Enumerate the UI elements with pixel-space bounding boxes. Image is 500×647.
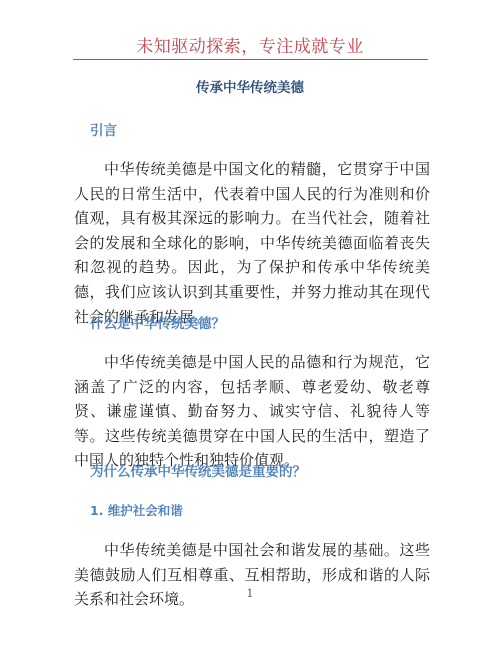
header-divider	[73, 59, 428, 60]
document-page: 未知驱动探索，专注成就专业 传承中华传统美德 引言 中华传统美德是中国文化的精髓…	[0, 0, 500, 647]
document-title: 传承中华传统美德	[0, 78, 500, 98]
section-heading-introduction: 引言	[90, 121, 117, 141]
page-number: 1	[0, 587, 500, 600]
paragraph-what-is: 中华传统美德是中国人民的品德和行为规范，它涵盖了广泛的内容，包括孝顺、尊老爱幼、…	[74, 350, 430, 473]
section-heading-what-is: 什么是中华传统美德？	[90, 314, 225, 334]
subheading-social-harmony: 1. 维护社会和谐	[90, 501, 183, 521]
paragraph-social-harmony: 中华传统美德是中国社会和谐发展的基础。这些美德鼓励人们互相尊重、互相帮助，形成和…	[74, 538, 430, 612]
paragraph-introduction: 中华传统美德是中国文化的精髓，它贯穿于中国人民的日常生活中，代表着中国人民的行为…	[74, 157, 430, 329]
section-heading-why-important: 为什么传承中华传统美德是重要的？	[90, 462, 306, 482]
page-header-slogan: 未知驱动探索，专注成就专业	[0, 36, 500, 58]
